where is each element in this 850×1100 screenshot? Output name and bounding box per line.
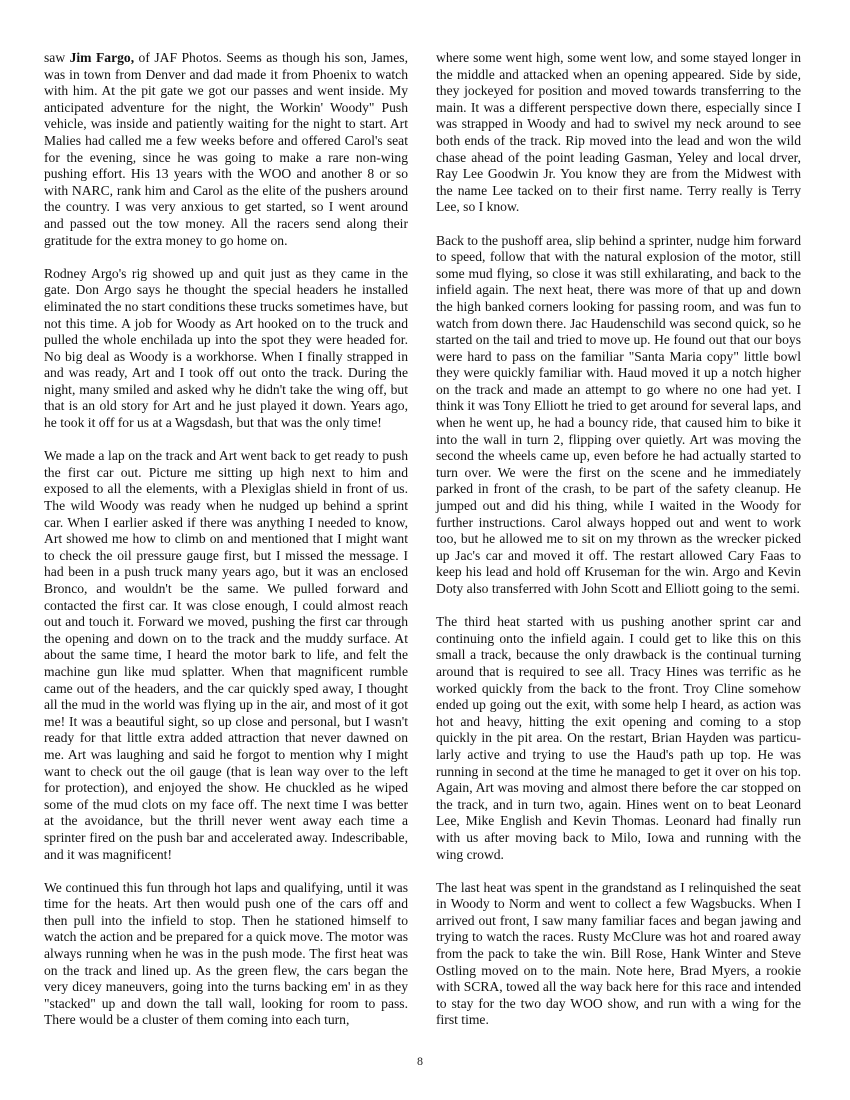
paragraph-text: of JAF Photos. Seems as though his son, … (44, 50, 408, 248)
paragraph: Back to the pushoff area, slip behind a … (436, 233, 801, 598)
paragraph: The last heat was spent in the grandstan… (436, 880, 801, 1029)
page-number: 8 (417, 1054, 423, 1069)
paragraph-lead: saw (44, 50, 70, 65)
paragraph: We continued this fun through hot laps a… (44, 880, 408, 1029)
right-column: where some went high, some went low, and… (436, 50, 801, 1029)
paragraph: Rodney Argo's rig showed up and quit jus… (44, 266, 408, 432)
paragraph: where some went high, some went low, and… (436, 50, 801, 216)
document-page: saw Jim Fargo, of JAF Photos. Seems as t… (0, 0, 850, 1100)
paragraph: The third heat started with us pushing a… (436, 614, 801, 863)
bold-name: Jim Fargo, (70, 50, 134, 65)
paragraph: We made a lap on the track and Art went … (44, 448, 408, 863)
paragraph: saw Jim Fargo, of JAF Photos. Seems as t… (44, 50, 408, 249)
left-column: saw Jim Fargo, of JAF Photos. Seems as t… (44, 50, 408, 1029)
